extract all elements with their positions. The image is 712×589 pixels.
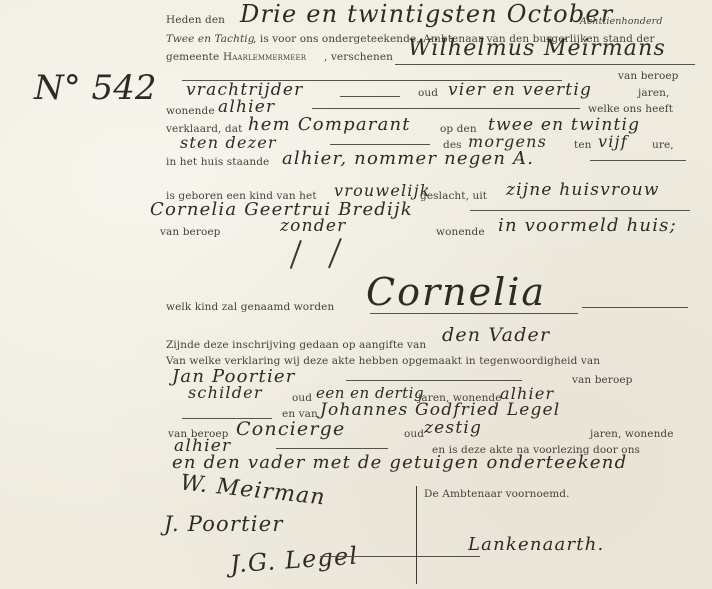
printed-wonende-1: wonende xyxy=(166,105,215,117)
hw-witness2: Johannes Godfried Legel xyxy=(320,400,560,420)
printed-geslacht-uit: geslacht, uit xyxy=(420,190,487,202)
printed-year-b: Twee en Tachtig xyxy=(166,33,255,45)
hw-declarant-age: vier en veertig xyxy=(448,80,592,100)
pen-stroke xyxy=(290,240,302,269)
rule xyxy=(346,380,522,381)
hw-witness1-occupation: schilder xyxy=(188,383,263,402)
rule xyxy=(470,210,690,211)
printed-ambtenaar-voornoemd: De Ambtenaar voornoemd. xyxy=(424,488,570,500)
record-number: N° 542 xyxy=(34,68,156,108)
hw-witness2-age: zestig xyxy=(424,418,482,438)
rule xyxy=(582,307,688,308)
printed-oud-1: oud xyxy=(418,87,438,99)
hw-closing: en den vader met de getuigen onderteeken… xyxy=(172,452,627,473)
rule xyxy=(370,313,578,314)
printed-van-beroep-1: van beroep xyxy=(618,70,679,82)
printed-oud-3: oud xyxy=(404,428,424,440)
hw-mother-occupation: zonder xyxy=(280,216,346,236)
printed-wonende-2: wonende xyxy=(436,226,485,238)
signature-flourish xyxy=(320,556,480,557)
pen-stroke xyxy=(416,486,417,584)
rule xyxy=(590,160,686,161)
printed-jaren-wonende-2: jaren, wonende xyxy=(590,428,674,440)
rule xyxy=(312,108,580,109)
printed-welke-ons-heeft: welke ons heeft xyxy=(588,103,673,115)
rule xyxy=(395,64,695,65)
signature-official: Lankenaarth. xyxy=(468,534,604,555)
signature-witness2: J.G. Legel xyxy=(229,542,359,579)
hw-mother-intro: zijne huisvrouw xyxy=(506,180,660,200)
printed-municipality: Haarlemmermeer xyxy=(223,51,306,63)
hw-declarant: Wilhelmus Meirmans xyxy=(408,36,666,61)
printed-year-a: Achttienhonderd xyxy=(580,16,663,27)
rule xyxy=(330,144,430,145)
printed-verschenen: , verschenen xyxy=(324,51,393,63)
pen-stroke xyxy=(328,238,341,268)
printed-ten: ten xyxy=(574,139,592,151)
hw-sex: vrouwelijk xyxy=(334,181,431,200)
printed-zijnde: Zijnde deze inschrijving gedaan op aangi… xyxy=(166,339,426,351)
signature-witness1: J. Poortier xyxy=(164,512,284,536)
hw-child-name: Cornelia xyxy=(366,270,546,314)
rule xyxy=(276,448,388,449)
printed-welk-kind: welk kind zal genaamd worden xyxy=(166,301,334,313)
hw-relation: hem Comparant xyxy=(248,114,411,135)
birth-certificate-page: N° 542 Heden den Drie en twintigsten Oct… xyxy=(0,0,712,589)
hw-witness2-occupation: Concierge xyxy=(236,418,345,440)
printed-in-het-huis: in het huis staande xyxy=(166,156,269,168)
hw-mother-residence: in voormeld huis; xyxy=(498,215,677,236)
rule xyxy=(340,96,400,97)
printed-oud-2: oud xyxy=(292,392,312,404)
printed-ure: ure, xyxy=(652,139,674,151)
signature-declarant: W. Meirman xyxy=(179,470,327,510)
hw-hour: vijf xyxy=(598,132,628,151)
hw-informant: den Vader xyxy=(442,324,550,346)
hw-day: Drie en twintigsten October xyxy=(240,0,613,28)
printed-jaren-1: jaren, xyxy=(638,87,669,99)
printed-van-beroep-3: van beroep xyxy=(572,374,633,386)
hw-house: alhier, nommer negen A. xyxy=(282,148,534,169)
printed-gemeente: gemeente xyxy=(166,51,219,63)
printed-heden-den: Heden den xyxy=(166,14,225,26)
hw-birth-day-cont: sten dezer xyxy=(180,133,277,152)
printed-van-beroep-2: van beroep xyxy=(160,226,221,238)
